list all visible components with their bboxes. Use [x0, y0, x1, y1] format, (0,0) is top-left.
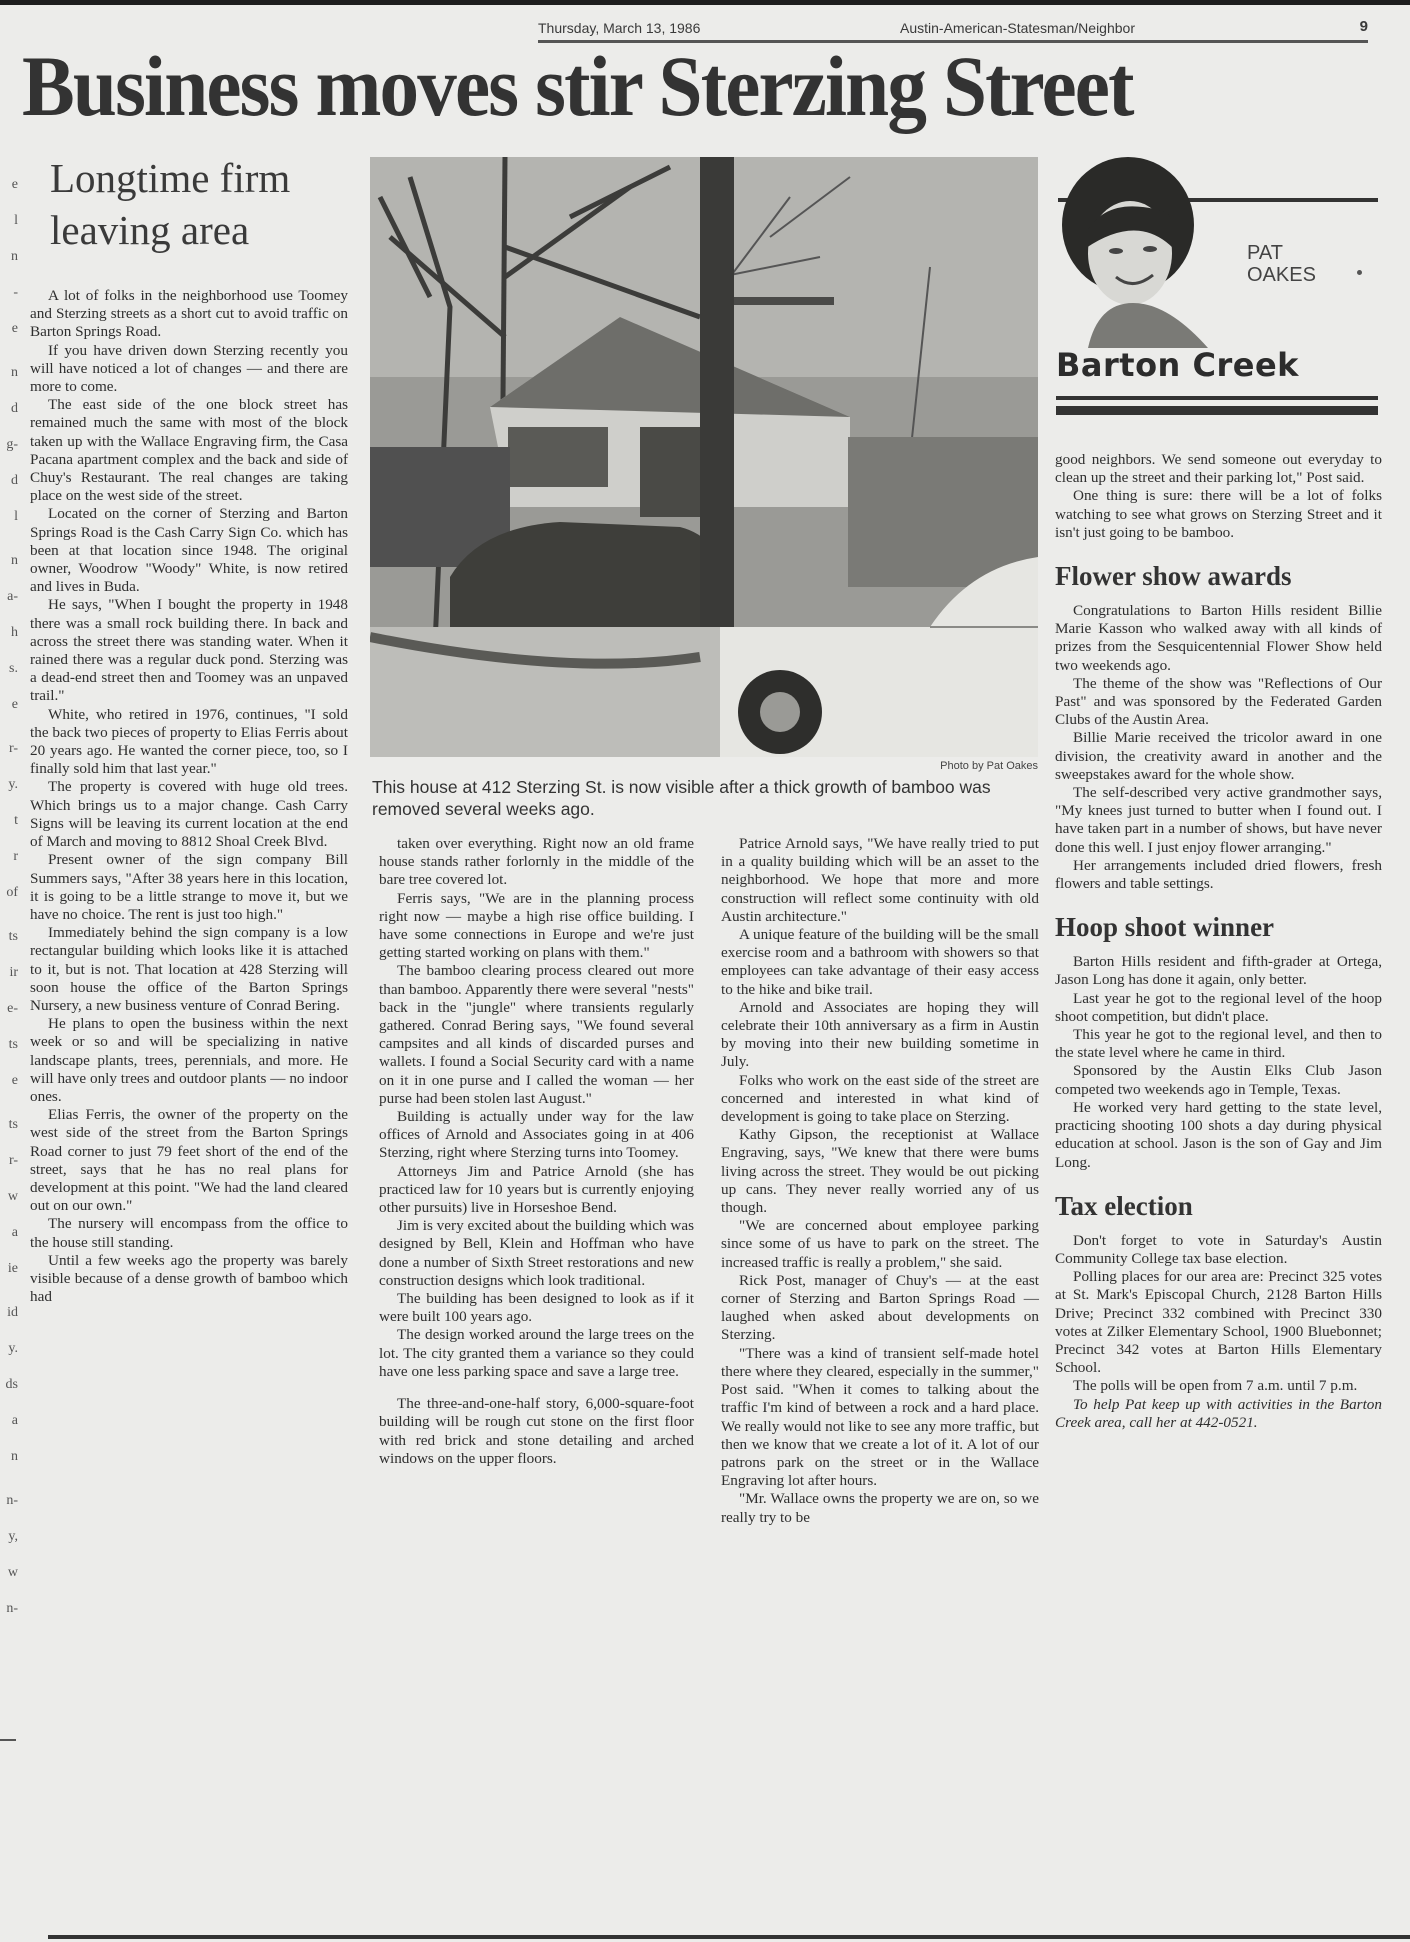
paragraph: If you have driven down Sterzing recentl…: [30, 342, 348, 397]
photo-house-street-icon: [370, 157, 1038, 757]
paragraph: Sponsored by the Austin Elks Club Jason …: [1055, 1062, 1382, 1098]
paragraph: Present owner of the sign company Bill S…: [30, 851, 348, 924]
columnist-byline: PAT OAKES: [1247, 242, 1316, 286]
paragraph: "We are concerned about employee parking…: [721, 1217, 1039, 1272]
top-border: [0, 0, 1410, 5]
paragraph: A unique feature of the building will be…: [721, 926, 1039, 999]
paragraph: Barton Hills resident and fifth-grader a…: [1055, 953, 1382, 989]
text-fragment: n-: [0, 1600, 18, 1618]
paragraph: The property is covered with huge old tr…: [30, 778, 348, 851]
story-subhead: Longtime firm leaving area: [50, 152, 350, 256]
paragraph: One thing is sure: there will be a lot o…: [1055, 487, 1382, 542]
column-title-rule-thin: [1056, 396, 1378, 400]
section-heading: Hoop shoot winner: [1055, 911, 1382, 943]
paragraph: The self-described very active grandmoth…: [1055, 784, 1382, 857]
paragraph: Don't forget to vote in Saturday's Austi…: [1055, 1232, 1382, 1268]
text-fragment: e: [0, 320, 18, 338]
section-heading: Flower show awards: [1055, 560, 1382, 592]
contact-note: To help Pat keep up with activities in t…: [1055, 1396, 1382, 1432]
paragraph: He plans to open the business within the…: [30, 1015, 348, 1106]
paragraph: Patrice Arnold says, "We have really tri…: [721, 835, 1039, 926]
text-fragment: s.: [0, 660, 18, 678]
paragraph: "There was a kind of transient self-made…: [721, 1345, 1039, 1491]
paragraph: He worked very hard getting to the state…: [1055, 1099, 1382, 1172]
text-fragment: l: [0, 212, 18, 230]
columnist-portrait-icon: [1058, 153, 1208, 348]
text-fragment: e: [0, 1072, 18, 1090]
story-column-1: A lot of folks in the neighborhood use T…: [30, 287, 348, 1306]
text-fragment: a: [0, 1224, 18, 1242]
bullet-icon: [1357, 270, 1362, 275]
text-fragment: a-: [0, 588, 18, 606]
paragraph: This year he got to the regional level, …: [1055, 1026, 1382, 1062]
text-fragment: e: [0, 176, 18, 194]
adjacent-column-rule: [0, 1739, 16, 1741]
paragraph: taken over everything. Right now an old …: [379, 835, 694, 890]
text-fragment: l: [0, 508, 18, 526]
column-title-rule-thick: [1056, 406, 1378, 415]
paragraph: The theme of the show was "Reflections o…: [1055, 675, 1382, 730]
text-fragment: n: [0, 552, 18, 570]
text-fragment: y,: [0, 1528, 18, 1546]
text-fragment: ie: [0, 1260, 18, 1278]
paragraph: Congratulations to Barton Hills resident…: [1055, 602, 1382, 675]
text-fragment: g-: [0, 436, 18, 454]
paragraph: Billie Marie received the tricolor award…: [1055, 729, 1382, 784]
sidebar-column: good neighbors. We send someone out ever…: [1055, 451, 1382, 1432]
paragraph: Building is actually under way for the l…: [379, 1108, 694, 1163]
paragraph: Located on the corner of Sterzing and Ba…: [30, 505, 348, 596]
text-fragment: t: [0, 812, 18, 830]
text-fragment: n: [0, 364, 18, 382]
text-fragment: r: [0, 848, 18, 866]
bottom-rule: [48, 1935, 1410, 1939]
paragraph: The three-and-one-half story, 6,000-squa…: [379, 1395, 694, 1468]
column-title: Barton Creek: [1056, 346, 1299, 384]
text-fragment: ts: [0, 928, 18, 946]
paragraph: The polls will be open from 7 a.m. until…: [1055, 1377, 1382, 1395]
text-fragment: y.: [0, 776, 18, 794]
text-fragment: n: [0, 248, 18, 266]
text-fragment: e-: [0, 1000, 18, 1018]
text-fragment: r-: [0, 1152, 18, 1170]
text-fragment: n: [0, 1448, 18, 1466]
columnist-last-name: OAKES: [1247, 264, 1316, 286]
paragraph: Last year he got to the regional level o…: [1055, 990, 1382, 1026]
paragraph: A lot of folks in the neighborhood use T…: [30, 287, 348, 342]
columnist-portrait: [1058, 153, 1208, 348]
story-photo: [370, 157, 1038, 757]
text-fragment: ts: [0, 1116, 18, 1134]
paragraph: The bamboo clearing process cleared out …: [379, 962, 694, 1108]
text-fragment: w: [0, 1188, 18, 1206]
text-fragment: -: [0, 284, 18, 302]
text-fragment: id: [0, 1304, 18, 1322]
text-fragment: a: [0, 1412, 18, 1430]
text-fragment: n-: [0, 1492, 18, 1510]
text-fragment: ts: [0, 1036, 18, 1054]
paragraph: Her arrangements included dried flowers,…: [1055, 857, 1382, 893]
paragraph: Folks who work on the east side of the s…: [721, 1072, 1039, 1127]
text-fragment: ds: [0, 1376, 18, 1394]
text-fragment: y.: [0, 1340, 18, 1358]
story-column-3: Patrice Arnold says, "We have really tri…: [721, 835, 1039, 1527]
paragraph: Rick Post, manager of Chuy's — at the ea…: [721, 1272, 1039, 1345]
paragraph: Elias Ferris, the owner of the property …: [30, 1106, 348, 1215]
photo-credit: Photo by Pat Oakes: [370, 760, 1038, 772]
section-heading: Tax election: [1055, 1190, 1382, 1222]
folio-date: Thursday, March 13, 1986: [538, 20, 700, 36]
paragraph: Polling places for our area are: Precinc…: [1055, 1268, 1382, 1377]
paragraph: The east side of the one block street ha…: [30, 396, 348, 505]
text-fragment: d: [0, 472, 18, 490]
paragraph: good neighbors. We send someone out ever…: [1055, 451, 1382, 487]
paragraph: Kathy Gipson, the receptionist at Wallac…: [721, 1126, 1039, 1217]
paragraph: He says, "When I bought the property in …: [30, 596, 348, 705]
folio-paper-name: Austin-American-Statesman/Neighbor: [900, 20, 1135, 36]
columnist-first-name: PAT: [1247, 242, 1316, 264]
paragraph: The building has been designed to look a…: [379, 1290, 694, 1326]
text-fragment: d: [0, 400, 18, 418]
adjacent-column-fragments: eln-endg-dlna-hs.er-y.troftsire-tsetsr-w…: [0, 150, 18, 1940]
text-fragment: e: [0, 696, 18, 714]
paragraph: Immediately behind the sign company is a…: [30, 924, 348, 1015]
text-fragment: r-: [0, 740, 18, 758]
text-fragment: h: [0, 624, 18, 642]
paragraph: The nursery will encompass from the offi…: [30, 1215, 348, 1251]
text-fragment: of: [0, 884, 18, 902]
story-column-2: taken over everything. Right now an old …: [379, 835, 694, 1468]
paragraph: "Mr. Wallace owns the property we are on…: [721, 1490, 1039, 1526]
text-fragment: ir: [0, 964, 18, 982]
text-fragment: w: [0, 1564, 18, 1582]
paragraph: The design worked around the large trees…: [379, 1326, 694, 1381]
paragraph: Arnold and Associates are hoping they wi…: [721, 999, 1039, 1072]
page-headline: Business moves stir Sterzing Street: [22, 38, 1282, 134]
photo-caption: This house at 412 Sterzing St. is now vi…: [372, 776, 1042, 820]
paragraph: Ferris says, "We are in the planning pro…: [379, 890, 694, 963]
paragraph: Jim is very excited about the building w…: [379, 1217, 694, 1290]
paragraph: Until a few weeks ago the property was b…: [30, 1252, 348, 1307]
paragraph: White, who retired in 1976, continues, "…: [30, 706, 348, 779]
paragraph: Attorneys Jim and Patrice Arnold (she ha…: [379, 1163, 694, 1218]
folio-page-number: 9: [1360, 18, 1368, 35]
